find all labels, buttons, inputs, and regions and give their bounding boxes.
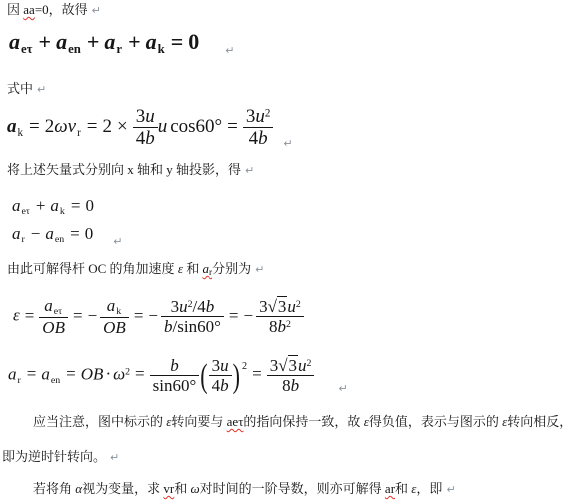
- math-operator: =: [171, 29, 184, 54]
- numerator: ak: [100, 296, 129, 317]
- math-token: 0: [85, 196, 94, 215]
- math-function: cos60°: [170, 116, 222, 137]
- math-operator: =: [27, 364, 37, 383]
- math-function: sin60°: [153, 376, 197, 395]
- paragraph-note-line1: 应当注意，图中标示的 ε转向要与 aeτ的指向保持一致，故 ε得负值，表示与图示…: [33, 414, 572, 430]
- math-token: u: [220, 356, 229, 375]
- math-subscript: k: [158, 42, 165, 56]
- text-run: 分别为: [212, 261, 251, 276]
- text-run: 视为变量，求: [82, 481, 163, 496]
- math-token: 3: [270, 356, 279, 375]
- math-token: 3: [171, 297, 180, 316]
- text-run: 得负值，表示与图示的: [369, 414, 502, 429]
- denominator: OB: [39, 317, 68, 337]
- math-token: a: [9, 29, 20, 54]
- denominator: 8b: [267, 375, 315, 395]
- text-run: 的指向保持一致，故: [243, 414, 363, 429]
- math-subscript: k: [60, 206, 65, 217]
- math-operator: ×: [117, 116, 128, 137]
- fraction: 3√3u28b2: [256, 297, 304, 336]
- numerator: 3u2: [243, 106, 274, 127]
- paragraph-mark-icon: ↵: [110, 451, 119, 464]
- misspelled-run: ar: [202, 261, 212, 276]
- paragraph-mark-icon: ↵: [92, 4, 101, 17]
- math-token: a: [104, 29, 115, 54]
- fraction: 3u4b: [209, 356, 232, 395]
- math-subscript: eτ: [22, 206, 30, 217]
- misspelled-run: ar: [385, 481, 395, 496]
- numerator: 3u: [133, 106, 158, 127]
- numerator: 3u2/4b: [161, 297, 224, 316]
- text-run: =0，故得: [35, 2, 88, 17]
- denominator: 8b2: [256, 316, 304, 336]
- math-operator: −: [243, 306, 253, 325]
- math-token: b: [278, 317, 287, 336]
- math-operator: =: [135, 364, 145, 383]
- paragraph-given: 因 aa=0，故得↵: [7, 2, 101, 19]
- math-token: 2: [45, 116, 55, 137]
- text-run: 和: [395, 481, 411, 496]
- math-token: u: [298, 356, 307, 375]
- math-token: u: [255, 106, 265, 127]
- math-token: b: [258, 128, 268, 149]
- math-subscript: k: [18, 127, 24, 139]
- math-token: 4: [197, 297, 206, 316]
- math-subscript: r: [22, 234, 25, 245]
- math-token: u: [145, 106, 155, 127]
- math-token: b: [145, 128, 155, 149]
- equation-epsilon: ε=aeτOB=−akOB=−3u2/4bb/sin60°=−3√3u28b2: [13, 296, 304, 337]
- paragraph-note-line2: 即为逆时针转向。↵: [2, 449, 119, 466]
- text-run: 式中: [7, 81, 33, 96]
- math-token: v: [68, 116, 76, 137]
- text-run: 和: [183, 261, 203, 276]
- equation-x-projection: aeτ+ak=0: [12, 196, 94, 217]
- numerator: 3u: [209, 356, 232, 375]
- math-superscript: 2: [242, 361, 247, 372]
- math-operator: =: [73, 306, 83, 325]
- math-subscript: r: [18, 375, 21, 386]
- math-token: u: [158, 116, 168, 137]
- math-token: 3: [136, 106, 146, 127]
- equation-ar: ar=aen=OB·ω2=bsin60°(3u4b)2=3√3u28b↵: [8, 356, 348, 395]
- fraction: 3√3u28b: [267, 356, 315, 395]
- math-token: a: [44, 296, 53, 315]
- denominator: sin60°: [150, 375, 200, 395]
- math-subscript: k: [116, 306, 121, 317]
- left-paren: (: [200, 355, 207, 395]
- math-operator: =: [87, 116, 98, 137]
- math-token: 3: [212, 356, 221, 375]
- math-superscript: 2: [307, 358, 312, 369]
- fraction: 3u4b: [133, 106, 158, 150]
- fraction: 3u2/4bb/sin60°: [161, 297, 224, 336]
- math-token: ε: [13, 306, 20, 325]
- math-token: a: [8, 364, 17, 383]
- numerator: 3√3u2: [256, 297, 304, 316]
- math-operator: ·: [105, 364, 111, 383]
- math-token: 3: [259, 297, 268, 316]
- math-token: a: [50, 196, 59, 215]
- math-operator: =: [229, 306, 239, 325]
- text-run: 因: [7, 2, 23, 17]
- radicand: 3: [288, 355, 299, 375]
- paragraph-solve: 由此可解得杆 OC 的角加速度 ε 和 ar分别为↵: [7, 261, 264, 281]
- paragraph-mark-icon: ↵: [338, 382, 347, 395]
- text-run: 即为逆时针转向。: [2, 449, 106, 464]
- text-run: 将上述矢量式分别向 x 轴和 y 轴投影，得: [7, 162, 241, 177]
- paragraph-mark-icon: ↵: [446, 483, 455, 496]
- denominator: 4b: [133, 127, 158, 149]
- text-run: 若将角: [33, 481, 75, 496]
- math-superscript: 2: [286, 319, 291, 330]
- math-token: a: [45, 224, 54, 243]
- denominator: OB: [100, 317, 129, 337]
- text-run: 对时间的一阶导数，则亦可解得: [200, 481, 385, 496]
- paragraph-mark-icon: ↵: [283, 137, 292, 150]
- math-subscript: en: [51, 375, 60, 386]
- math-operator: =: [66, 364, 76, 383]
- math-token: 8: [282, 376, 291, 395]
- math-subscript: en: [68, 42, 81, 56]
- math-subscript: eτ: [21, 42, 33, 56]
- math-superscript: 2: [125, 367, 130, 378]
- math-operator: =: [70, 224, 80, 243]
- math-function: sin60°: [177, 317, 221, 336]
- math-operator: =: [227, 116, 238, 137]
- math-token: OB: [81, 364, 104, 383]
- paragraph-mark-icon: ↵: [225, 44, 234, 57]
- math-token: b: [220, 376, 229, 395]
- radical-icon: √: [268, 297, 277, 316]
- math-token: a: [7, 116, 17, 137]
- text-run: 和: [174, 481, 190, 496]
- math-operator: +: [87, 29, 100, 54]
- paragraph-last: 若将角 α视为变量，求 vr和 ω对时间的一阶导数，则亦可解得 ar和 ε，即↵: [33, 481, 456, 498]
- math-operator: +: [39, 29, 52, 54]
- math-operator: =: [29, 116, 40, 137]
- text-run: 转向相反，: [507, 414, 572, 429]
- math-operator: −: [31, 224, 41, 243]
- radical-icon: √: [278, 356, 287, 375]
- math-token: ω: [190, 481, 199, 496]
- math-token: 8: [269, 317, 278, 336]
- document-page: 因 aa=0，故得↵ aeτ+aen+ar+ak=0↵ 式中↵ ak=2ωvr=…: [0, 0, 586, 502]
- fraction: 3u24b: [243, 106, 274, 150]
- paragraph-mark-icon: ↵: [37, 83, 46, 96]
- math-operator: −: [88, 306, 98, 325]
- text-run: ，即: [416, 481, 442, 496]
- math-operator: +: [128, 29, 141, 54]
- equation-vector-sum: aeτ+aen+ar+ak=0↵: [9, 29, 234, 57]
- right-paren: ): [233, 355, 240, 395]
- math-token: 0: [188, 29, 199, 54]
- equation-y-projection: ar−aen=0↵: [12, 224, 122, 245]
- math-token: a: [146, 29, 157, 54]
- math-token: a: [56, 29, 67, 54]
- math-subscript: r: [77, 127, 81, 139]
- math-subscript: r: [116, 42, 122, 56]
- math-token: 4: [249, 128, 259, 149]
- numerator: aeτ: [39, 296, 68, 317]
- math-token: 4: [136, 128, 146, 149]
- paragraph-project: 将上述矢量式分别向 x 轴和 y 轴投影，得↵: [7, 162, 254, 179]
- radicand: 3: [277, 296, 288, 316]
- numerator: b: [150, 356, 200, 375]
- text-run: 由此可解得杆 OC 的角加速度: [7, 261, 178, 276]
- math-token: a: [12, 224, 21, 243]
- math-superscript: 2: [296, 299, 301, 310]
- misspelled-run: vr: [163, 481, 174, 496]
- math-operator: =: [71, 196, 81, 215]
- fraction: akOB: [100, 296, 129, 337]
- paragraph-mark-icon: ↵: [255, 263, 264, 276]
- text-run: 应当注意，图中标示的: [33, 414, 166, 429]
- math-token: b: [291, 376, 300, 395]
- math-token: b: [170, 356, 179, 375]
- math-token: 3: [246, 106, 256, 127]
- denominator: 4b: [243, 127, 274, 149]
- math-token: a: [41, 364, 50, 383]
- numerator: 3√3u2: [267, 356, 315, 375]
- text-run: 转向要与: [171, 414, 226, 429]
- equation-coriolis: ak=2ωvr=2×3u4bucos60°=3u24b↵: [7, 106, 293, 150]
- misspelled-run: aa: [23, 2, 35, 17]
- math-operator: +: [36, 196, 46, 215]
- math-token: u: [179, 297, 188, 316]
- denominator: 4b: [209, 375, 232, 395]
- math-token: 2: [102, 116, 112, 137]
- math-token: ω: [113, 364, 125, 383]
- math-operator: =: [252, 364, 262, 383]
- paragraph-mark-icon: ↵: [245, 164, 254, 177]
- math-operator: −: [148, 306, 158, 325]
- fraction: aeτOB: [39, 296, 68, 337]
- math-token: a: [107, 296, 116, 315]
- math-token: a: [12, 196, 21, 215]
- math-superscript: 2: [265, 108, 271, 120]
- math-token: OB: [103, 318, 126, 337]
- paragraph-mark-icon: ↵: [113, 235, 122, 248]
- math-token: ω: [54, 116, 67, 137]
- paragraph-where: 式中↵: [7, 81, 46, 98]
- math-token: b: [206, 297, 215, 316]
- math-subscript: en: [55, 234, 64, 245]
- math-token: OB: [42, 318, 65, 337]
- fraction: bsin60°: [150, 356, 200, 395]
- misspelled-run: aeτ: [227, 414, 244, 429]
- math-token: 4: [212, 376, 221, 395]
- math-token: u: [287, 297, 296, 316]
- denominator: b/sin60°: [161, 316, 224, 336]
- math-token: b: [164, 317, 173, 336]
- math-operator: =: [25, 306, 35, 325]
- math-subscript: eτ: [54, 306, 62, 317]
- math-operator: =: [134, 306, 144, 325]
- math-token: 0: [85, 224, 94, 243]
